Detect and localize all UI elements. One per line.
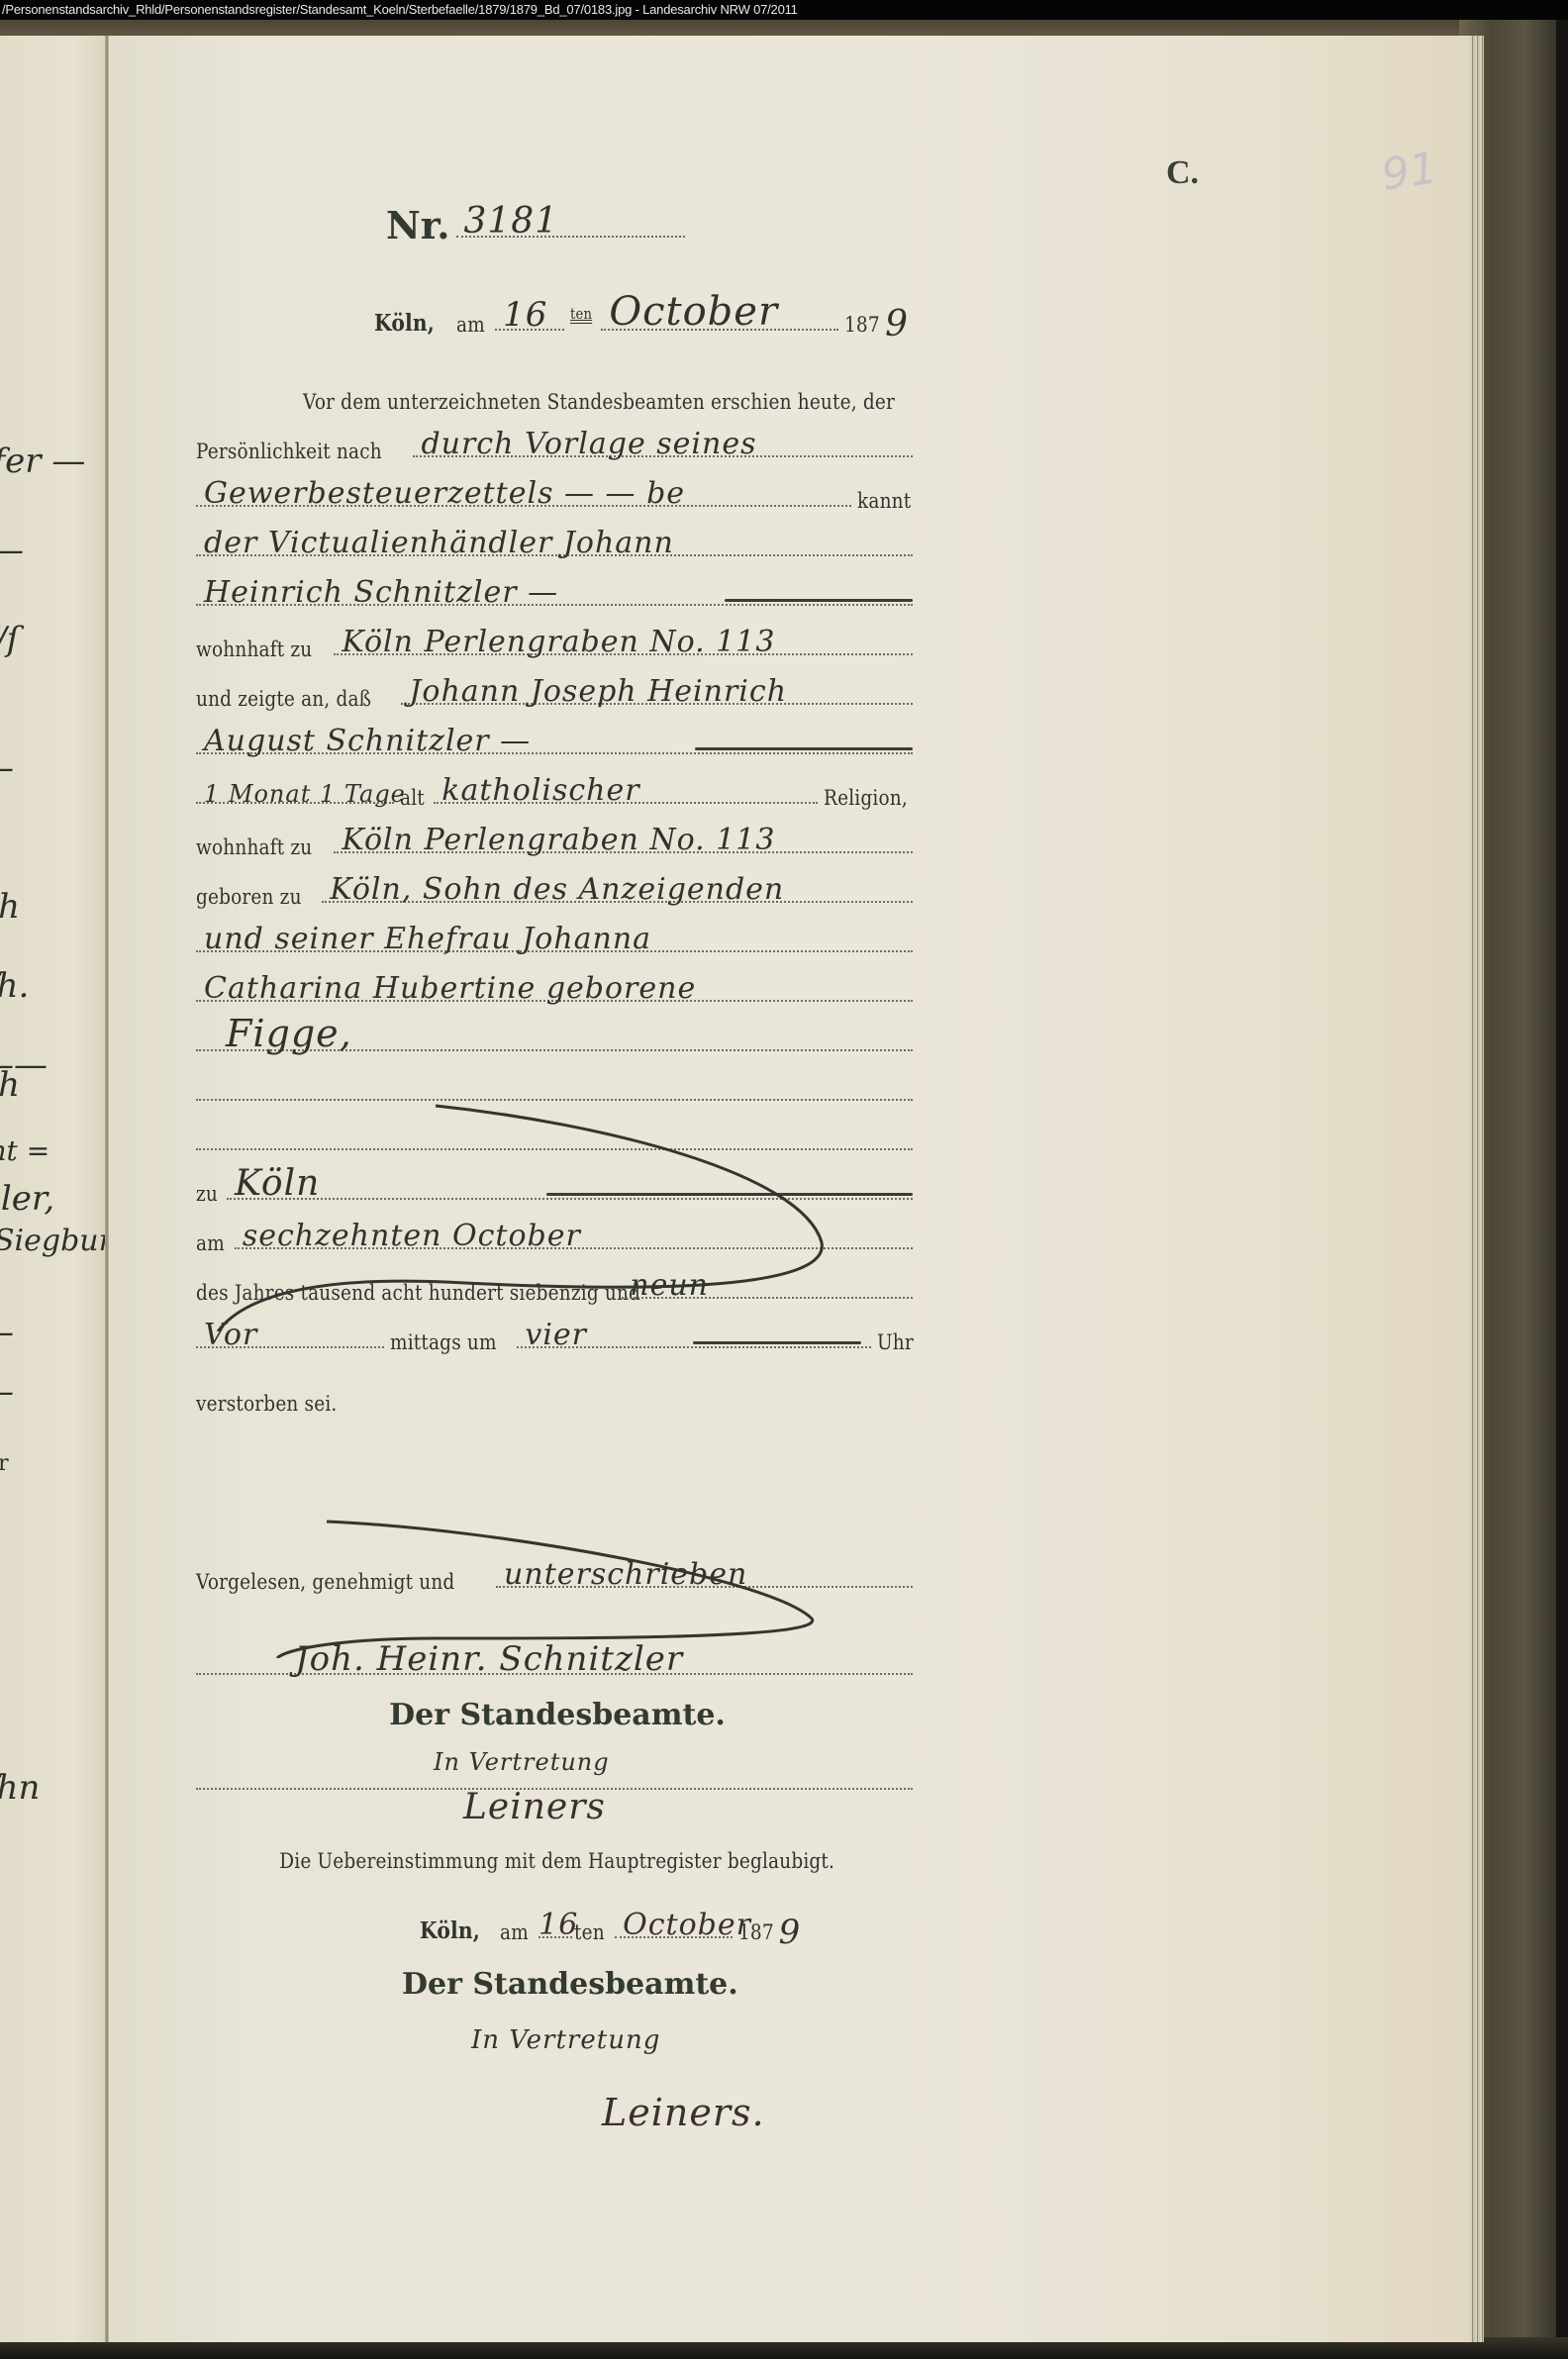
page-stack-edge [1470, 36, 1484, 2342]
deceased-hw-2: August Schnitzler — [204, 724, 531, 758]
deceased-field-2: August Schnitzler — [196, 721, 913, 754]
closing-flourish-2 [257, 1500, 851, 1658]
window-title: /Personenstandsarchiv_Rhld/Personenstand… [2, 2, 798, 17]
day-field: 16 [495, 297, 564, 331]
report-row: und zeigte an, daß Johann Joseph Heinric… [196, 661, 919, 711]
left-page-handwriting: — [0, 531, 24, 570]
residence-field: Köln Perlengraben No. 113 [334, 622, 913, 655]
deceased-row-2: August Schnitzler — [196, 711, 919, 760]
filler-stroke [725, 599, 913, 602]
record-number-row: Nr. 3181 [196, 178, 691, 247]
left-page-handwriting: ſhn [0, 1768, 40, 1808]
official-signature-2-row: Leiners. [196, 2055, 919, 2134]
deceased-residence-field: Köln Perlengraben No. 113 [334, 820, 913, 853]
age-label: alt [400, 786, 425, 810]
deceased-residence-label: wohnhaft zu [196, 835, 312, 859]
religion-field: katholischer [434, 770, 817, 804]
left-page-handwriting: ller, [0, 1179, 54, 1219]
official-title-2-row: Der Standesbeamte. [196, 1944, 919, 2002]
year-printed: 187 [844, 313, 880, 337]
month-value: October [609, 289, 778, 335]
certification-row: Die Uebereinstimmung mit dem Hauptregist… [196, 1796, 919, 1873]
born-row-4: Figge, [196, 1008, 919, 1057]
identity-suffix: kannt [857, 489, 911, 513]
deceased-field-1: Johann Joseph Heinrich [401, 671, 913, 705]
identity-field: durch Vorlage seines [413, 424, 913, 457]
informant-field-2: Heinrich Schnitzler — [196, 572, 913, 606]
left-page-handwriting: ſfer — [0, 442, 85, 481]
age-religion-row: 1 Monat 1 Tage alt katholischer Religion… [196, 760, 919, 810]
official-signature-row: In Vertretung Leiners [196, 1732, 919, 1796]
died-row: verstorben sei. [196, 1354, 919, 1416]
born-hw-3: Catharina Hubertine geborene [204, 971, 696, 1006]
place-label: Köln, [374, 310, 435, 337]
left-page-handwriting: ℓh [0, 1065, 20, 1105]
official-deputy-2-row: In Vertretung [196, 2002, 919, 2055]
informant-field-1: der Victualienhändler Johann [196, 523, 913, 556]
left-page-fragment: ſfer — — ʃ/ſ — ℓh ſh. —— ℓh mt = ller, S… [0, 36, 107, 2342]
intro-text: Vor dem unterzeichneten Standesbeamten e… [303, 390, 895, 414]
closing-flourish-1 [188, 1094, 881, 1331]
identity-hw-1: durch Vorlage seines [421, 427, 756, 461]
died-label: verstorben sei. [196, 1392, 337, 1416]
scanned-register-page: ſfer — — ʃ/ſ — ℓh ſh. —— ℓh mt = ller, S… [0, 20, 1568, 2359]
pencil-page-number: 91 [1379, 143, 1441, 200]
born-label: geboren zu [196, 885, 302, 909]
born-row-3: Catharina Hubertine geborene [196, 958, 919, 1008]
number-label: Nr. [386, 203, 450, 247]
born-field-3: Catharina Hubertine geborene [196, 968, 913, 1002]
residence-hw: Köln Perlengraben No. 113 [342, 625, 775, 659]
cert-date-prefix: am [500, 1920, 529, 1944]
day-value: 16 [503, 295, 547, 335]
left-page-handwriting: ℓh [0, 887, 20, 927]
official-signature-2: Leiners. [602, 2091, 765, 2134]
number-value: 3181 [464, 201, 559, 242]
left-page-handwriting: ſh. [0, 966, 29, 1006]
born-hw-1: Köln, Sohn des Anzeigenden [330, 872, 784, 907]
cert-month: October [623, 1908, 751, 1942]
official-title-row: Der Standesbeamte. [196, 1681, 919, 1732]
cert-month-field: October [615, 1905, 733, 1938]
born-hw-4: Figge, [226, 1012, 352, 1055]
born-row-1: geboren zu Köln, Sohn des Anzeigenden [196, 859, 919, 909]
identity-label: Persönlichkeit nach [196, 440, 382, 463]
deceased-residence-row: wohnhaft zu Köln Perlengraben No. 113 [196, 810, 919, 859]
identity-field-2: Gewerbesteuerzettels — — be [196, 473, 851, 507]
informant-hw-1: der Victualienhändler Johann [204, 526, 674, 560]
deceased-residence-hw: Köln Perlengraben No. 113 [342, 823, 775, 857]
day-suffix: ten [570, 305, 592, 323]
born-row-2: und seiner Ehefrau Johanna [196, 909, 919, 958]
informant-row-2: Heinrich Schnitzler — [196, 562, 919, 612]
left-page-handwriting: mt = [0, 1134, 49, 1167]
window-title-bar: /Personenstandsarchiv_Rhld/Personenstand… [0, 0, 1568, 20]
age-hw: 1 Monat 1 Tage [204, 780, 406, 808]
left-page-handwriting: ʃ/ſ [0, 620, 19, 659]
intro-row: Vor dem unterzeichneten Standesbeamten e… [196, 337, 919, 414]
filler-stroke [695, 747, 913, 750]
born-hw-2: und seiner Ehefrau Johanna [204, 922, 651, 956]
cert-date-row: Köln, am 16 ten October 187 9 [196, 1873, 919, 1944]
month-field: October [601, 297, 838, 331]
born-field-2: und seiner Ehefrau Johanna [196, 919, 913, 952]
identity-row: Persönlichkeit nach durch Vorlage seines [196, 414, 919, 463]
left-page-print-fragment: hr [0, 1451, 9, 1476]
report-label: und zeigte an, daß [196, 687, 371, 711]
corner-letter: C. [1166, 154, 1199, 192]
cert-day-suffix: ten [574, 1920, 605, 1944]
cert-day-field: 16 [539, 1905, 572, 1938]
born-field-4: Figge, [196, 1018, 913, 1051]
official-title-2: Der Standesbeamte. [402, 1967, 738, 2002]
residence-row: wohnhaft zu Köln Perlengraben No. 113 [196, 612, 919, 661]
official-deputy: In Vertretung [434, 1748, 610, 1776]
identity-row-2: Gewerbesteuerzettels — — be kannt [196, 463, 919, 513]
left-page-handwriting: — [0, 1313, 14, 1352]
filler-stroke [693, 1341, 861, 1344]
deceased-hw-1: Johann Joseph Heinrich [409, 674, 787, 709]
informant-row-1: der Victualienhändler Johann [196, 513, 919, 562]
number-field: 3181 [456, 204, 686, 238]
religion-label: Religion, [824, 786, 908, 810]
left-page-handwriting: — [0, 748, 14, 788]
date-prefix: am [456, 313, 485, 337]
uhr-label: Uhr [877, 1330, 914, 1354]
residence-label: wohnhaft zu [196, 638, 312, 661]
age-field: 1 Monat 1 Tage [196, 770, 394, 804]
religion-hw: katholischer [441, 773, 639, 808]
official-signature-line: In Vertretung Leiners [196, 1756, 913, 1790]
cert-day: 16 [539, 1908, 578, 1942]
cert-place-label: Köln, [420, 1917, 480, 1944]
informant-hw-2: Heinrich Schnitzler — [204, 575, 558, 610]
born-field-1: Köln, Sohn des Anzeigenden [322, 869, 913, 903]
identity-hw-2: Gewerbesteuerzettels — — be [204, 476, 685, 511]
official-deputy-2: In Vertretung [471, 2025, 660, 2055]
official-title: Der Standesbeamte. [389, 1698, 726, 1732]
time-label: mittags um [390, 1330, 497, 1354]
record-date-row: Köln, am 16 ten October 187 9 [196, 247, 909, 337]
scan-edge [1556, 20, 1568, 2359]
certification-text: Die Uebereinstimmung mit dem Hauptregist… [280, 1849, 835, 1873]
left-page-handwriting: — [0, 1372, 14, 1412]
cert-year-printed: 187 [738, 1920, 774, 1944]
